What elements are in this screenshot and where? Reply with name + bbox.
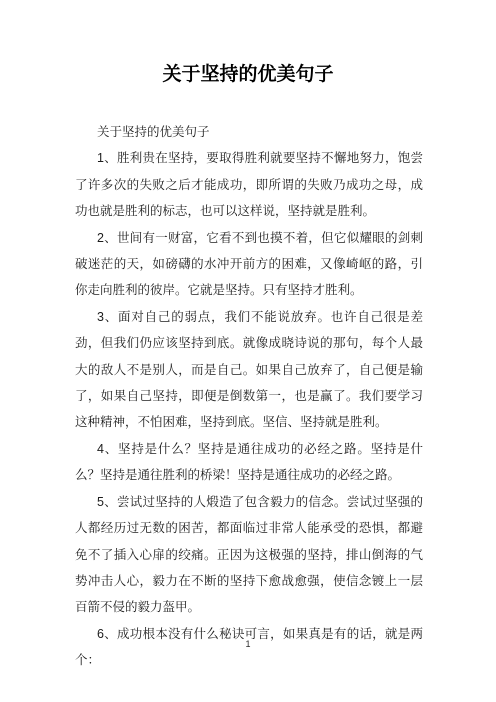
paragraph-2: 2、世间有一财富，它看不到也摸不着，但它似耀眼的剑刺破迷茫的天，如磅礴的水冲开前…	[75, 225, 423, 304]
document-page: 关于坚持的优美句子 关于坚持的优美句子 1、胜利贵在坚持，要取得胜利就要坚持不懈…	[0, 0, 496, 702]
document-body: 关于坚持的优美句子 1、胜利贵在坚持，要取得胜利就要坚持不懈地努力，饱尝了许多次…	[75, 119, 423, 674]
paragraph-3: 3、面对自己的弱点，我们不能说放弃。也许自己很是差劲，但我们仍应该坚持到底。就像…	[75, 304, 423, 436]
page-number: 1	[0, 638, 496, 650]
paragraph-1: 1、胜利贵在坚持，要取得胜利就要坚持不懈地努力，饱尝了许多次的失败之后才能成功，…	[75, 145, 423, 224]
intro-line: 关于坚持的优美句子	[75, 119, 423, 145]
paragraph-5: 5、尝试过坚持的人煅造了包含毅力的信念。尝试过坚强的人都经历过无数的困苦，都面临…	[75, 489, 423, 621]
document-title: 关于坚持的优美句子	[0, 60, 496, 90]
paragraph-4: 4、坚持是什么？坚持是通往成功的必经之路。坚持是什么？坚持是通往胜利的桥梁！坚持…	[75, 436, 423, 489]
